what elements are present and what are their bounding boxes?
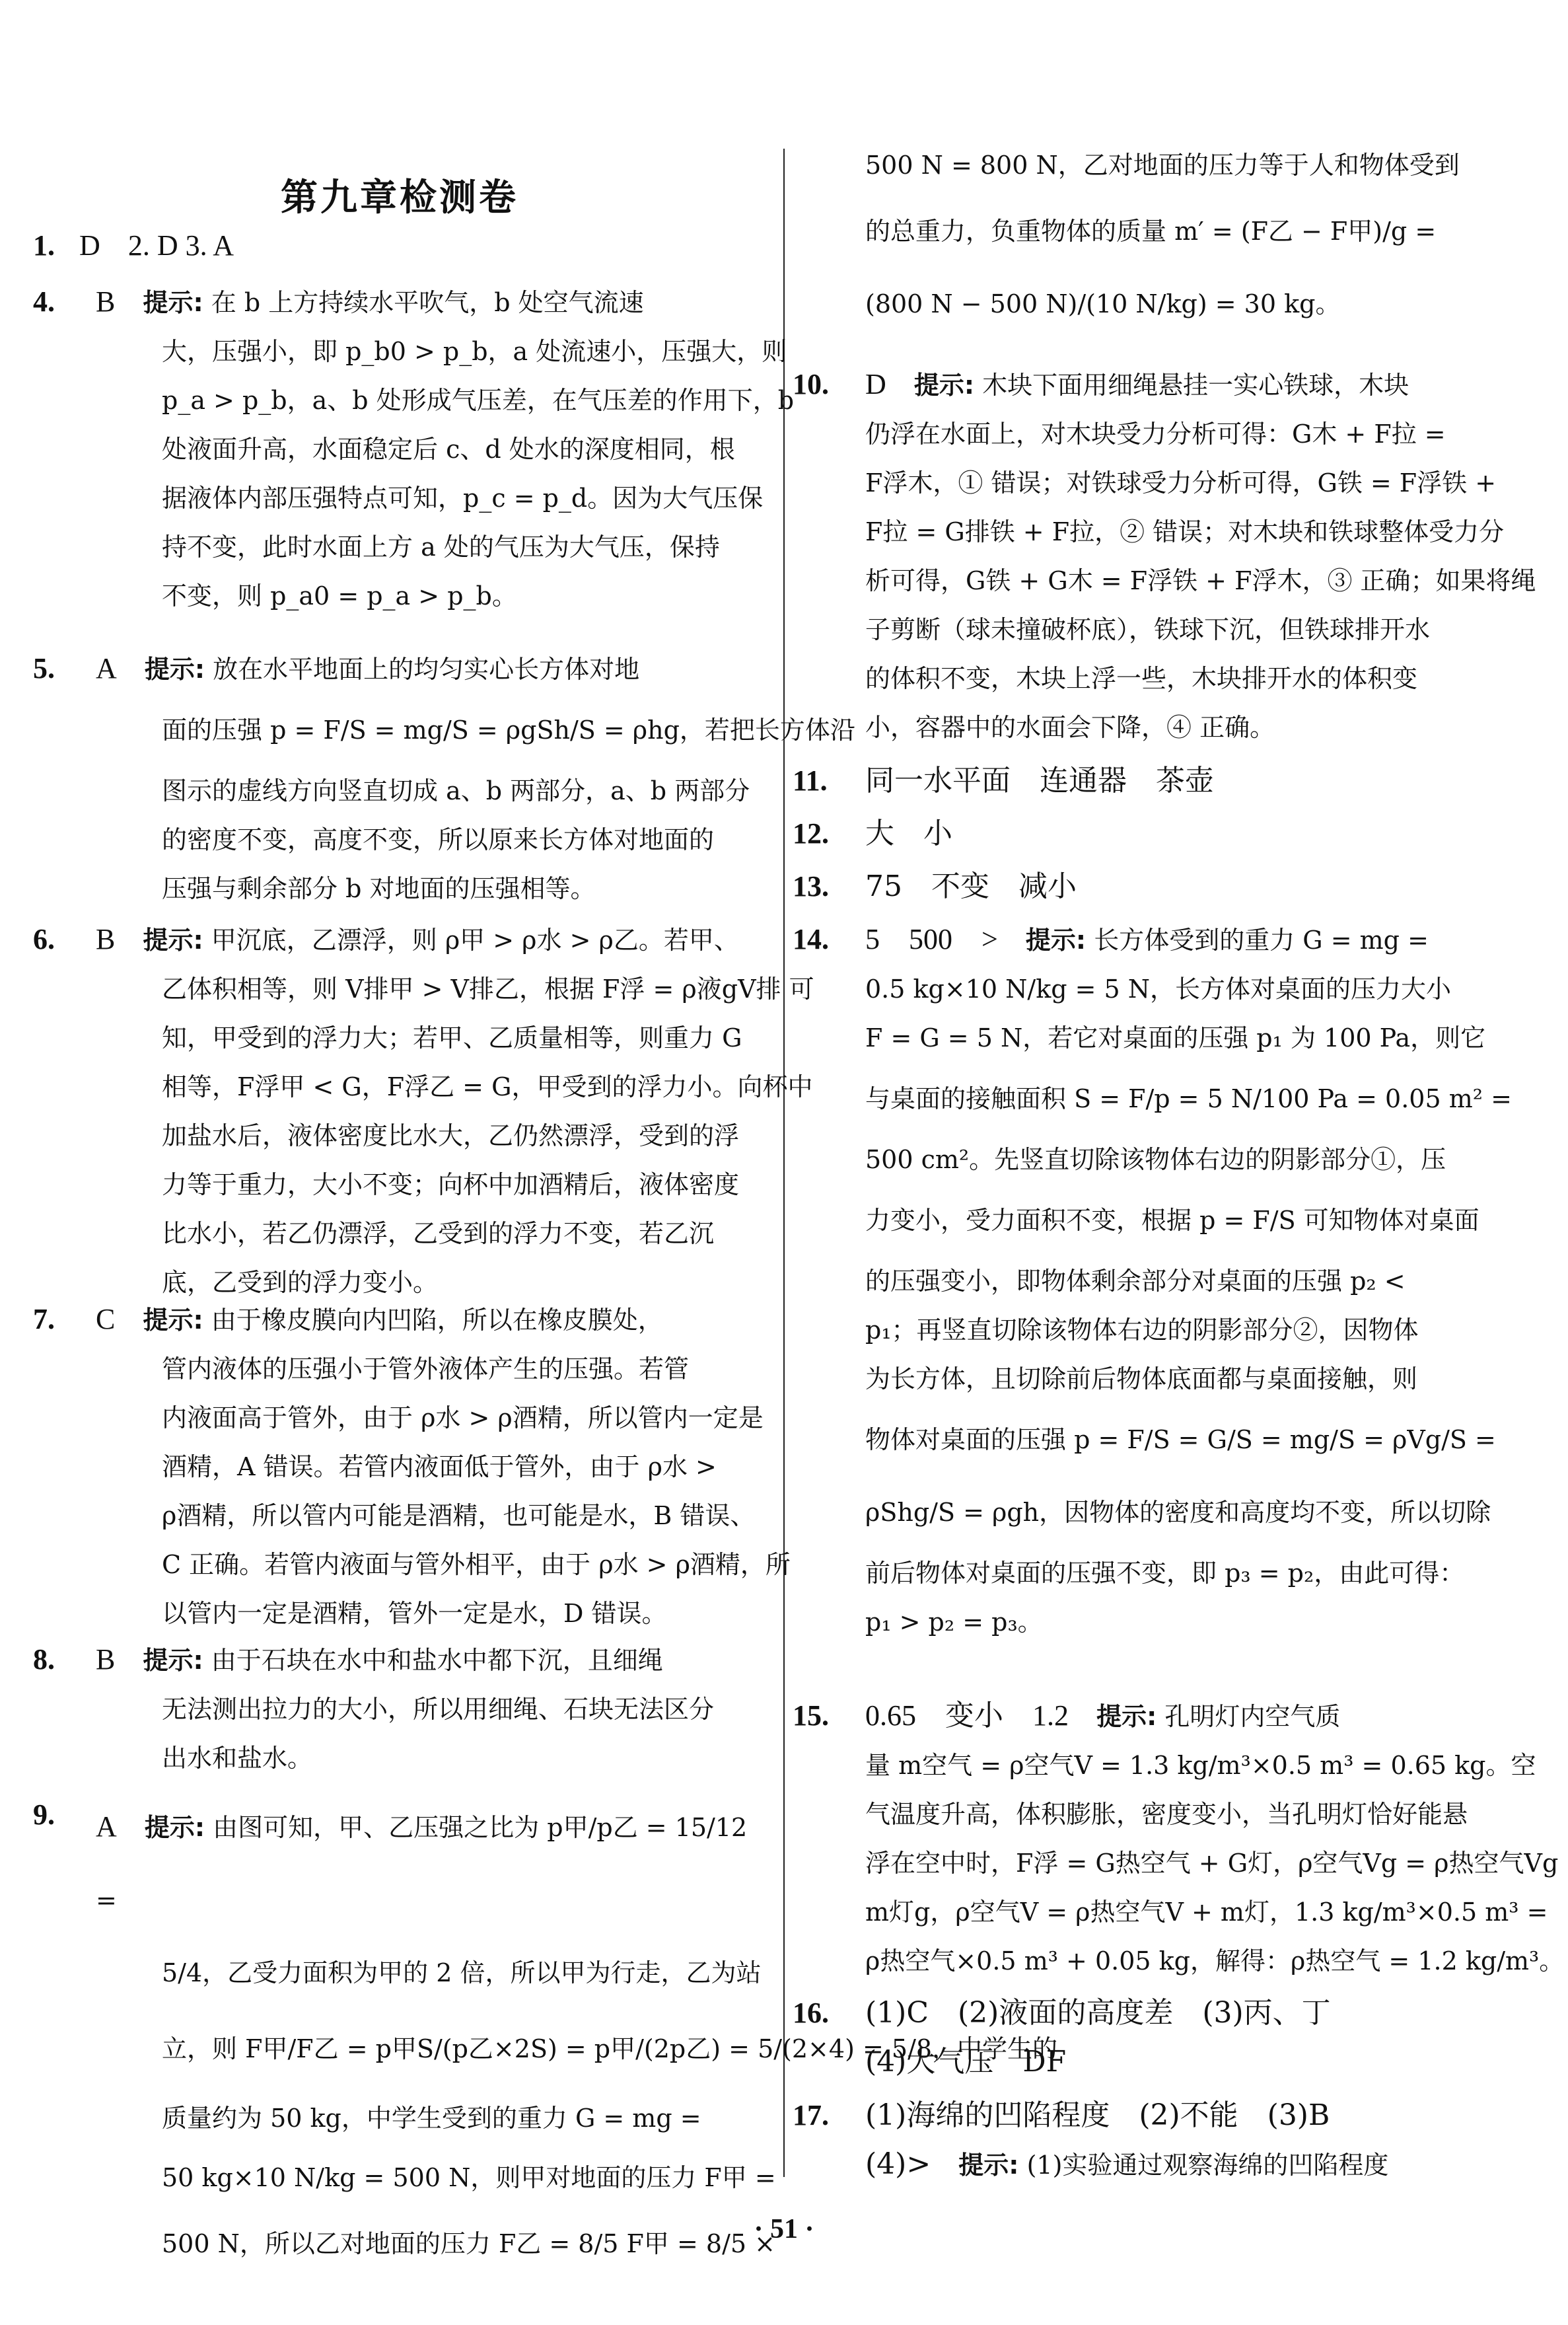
item-number: 8.: [33, 1635, 55, 1684]
hint-line: 压强与剩余部分 b 对地面的压强相等。: [162, 864, 766, 913]
item-number: 16.: [793, 1989, 829, 2038]
hint-line: 相等，F浮甲 < G，F浮乙 = G，甲受到的浮力小。向杯中: [162, 1062, 766, 1111]
item-answer: B: [96, 923, 115, 955]
hint-label: 提示:: [914, 371, 974, 400]
fill-answer: (4)>: [865, 2147, 931, 2181]
answer-item-5: 5. A 提示: 放在水平地面上的均匀实心长方体对地 面的压强 p = F/S …: [33, 644, 766, 913]
fill-answer: (1)C (2)液面的高度差 (3)丙、丁: [865, 1989, 1493, 2038]
fill-answer: (4)大气压 DF: [865, 2038, 1493, 2086]
hint-line-formula: ρShg/S = ρgh，因物体的密度和高度均不变，所以切除: [865, 1476, 1493, 1549]
answer-item-14: 14. 5 500 > 提示: 长方体受到的重力 G = mg = 0.5 kg…: [793, 915, 1493, 1646]
hint-line: 以管内一定是酒精，管外一定是水，D 错误。: [162, 1589, 766, 1638]
answer-item-10: 10. D 提示: 木块下面用细绳悬挂一实心铁球，木块 仍浮在水面上，对木块受力…: [793, 360, 1493, 752]
fill-answer: 同一水平面 连通器 茶壶: [865, 764, 1214, 797]
answer-item-9: 9. A 提示: 由图可知，甲、乙压强之比为 p甲/p乙 = 15/12 = 5…: [33, 1790, 766, 2280]
hint-line: 质量约为 50 kg，中学生受到的重力 G = mg =: [162, 2088, 766, 2148]
hint-line-formula: 与桌面的接触面积 S = F/p = 5 N/100 Pa = 0.05 m² …: [865, 1062, 1493, 1135]
hint-line: 放在水平地面上的均匀实心长方体对地: [213, 655, 639, 684]
hint-line: 乙体积相等，则 V排甲 > V排乙，根据 F浮 = ρ液gV排 可: [162, 965, 766, 1014]
hint-line: 力等于重力，大小不变；向杯中加酒精后，液体密度: [162, 1160, 766, 1209]
hint-line: 无法测出拉力的大小，所以用细绳、石块无法区分: [162, 1685, 766, 1734]
answer-key-page: 第九章检测卷 1. D 2. D 3. A 4. B 提示: 在 b 上方持续水…: [0, 0, 1568, 2325]
hint-label: 提示:: [958, 2151, 1018, 2180]
hint-line: m灯g，ρ空气V = ρ热空气V + m灯，1.3 kg/m³×0.5 m³ =: [865, 1888, 1493, 1937]
hint-line-formula: 面的压强 p = F/S = mg/S = ρgSh/S = ρhg，若把长方体…: [162, 694, 766, 766]
hint-line: (1)实验通过观察海绵的凹陷程度: [1027, 2151, 1389, 2180]
hint-line: 子剪断（球未撞破杯底），铁球下沉，但铁球排开水: [865, 605, 1493, 654]
hint-line: 500 cm²。先竖直切除该物体右边的阴影部分①，压: [865, 1135, 1493, 1184]
answer-item-13: 13. 75 不变 减小: [793, 862, 1493, 912]
item-answer: C: [96, 1303, 115, 1335]
item-number: 1.: [33, 221, 55, 270]
hint-label: 提示:: [145, 655, 205, 684]
item-number: 9.: [33, 1790, 55, 1839]
hint-line: C 正确。若管内液面与管外相平，由于 ρ水 > ρ酒精，所: [162, 1540, 766, 1589]
hint-line: 酒精，A 错误。若管内液面低于管外，由于 ρ水 >: [162, 1442, 766, 1491]
hint-line: 的密度不变，高度不变，所以原来长方体对地面的: [162, 815, 766, 864]
hint-label: 提示:: [143, 1646, 203, 1675]
hint-line: 仍浮在水面上，对木块受力分析可得：G木 + F拉 =: [865, 410, 1493, 459]
hint-line: 不变，则 p_a0 = p_a > p_b。: [162, 572, 766, 620]
item-answer: D: [79, 229, 100, 262]
item-number: 4.: [33, 277, 55, 326]
hint-line: F浮木，① 错误；对铁球受力分析可得，G铁 = F浮铁 +: [865, 459, 1493, 507]
hint-line: 50 kg×10 N/kg = 500 N，则甲对地面的压力 F甲 =: [162, 2148, 766, 2207]
item-answer: A: [96, 1810, 117, 1843]
item-answers-extra: 2. D 3. A: [128, 229, 234, 262]
hint-label: 提示:: [1026, 926, 1086, 955]
item-number: 13.: [793, 862, 829, 911]
hint-line-formula: 力变小，受力面积不变，根据 p = F/S 可知物体对桌面: [865, 1184, 1493, 1257]
item-number: 10.: [793, 360, 829, 409]
item-number: 11.: [793, 757, 828, 805]
answer-item-8: 8. B 提示: 由于石块在水中和盐水中都下沉，且细绳 无法测出拉力的大小，所以…: [33, 1635, 766, 1783]
hint-line: ρ热空气×0.5 m³ + 0.05 kg，解得：ρ热空气 = 1.2 kg/m…: [865, 1937, 1493, 1985]
hint-line: 大，压强小，即 p_b0 > p_b，a 处流速小，压强大，则: [162, 327, 766, 376]
hint-line: 为长方体，且切除前后物体底面都与桌面接触，则: [865, 1354, 1493, 1403]
item-number: 6.: [33, 915, 55, 964]
item-number: 15.: [793, 1691, 829, 1740]
page-number: · 51 ·: [0, 2213, 1568, 2245]
hint-line: 处液面升高，水面稳定后 c、d 处水的深度相同，根: [162, 425, 766, 474]
hint-line: 气温度升高，体积膨胀，密度变小，当孔明灯恰好能悬: [865, 1790, 1493, 1839]
hint-line: 500 N = 800 N，乙对地面的压力等于人和物体受到: [865, 135, 1493, 195]
hint-line: 内液面高于管外，由于 ρ水 > ρ酒精，所以管内一定是: [162, 1393, 766, 1442]
page-title: 第九章检测卷: [33, 168, 766, 221]
answer-item-15: 15. 0.65 变小 1.2 提示: 孔明灯内空气质 量 m空气 = ρ空气V…: [793, 1691, 1493, 1985]
item-answer: B: [96, 285, 115, 318]
answer-item-7: 7. C 提示: 由于橡皮膜向内凹陷，所以在橡皮膜处， 管内液体的压强小于管外液…: [33, 1295, 766, 1638]
item-number: 17.: [793, 2091, 829, 2140]
answer-item-1-3: 1. D 2. D 3. A: [33, 221, 766, 271]
hint-line: 据液体内部压强特点可知，p_c = p_d。因为大气压保: [162, 474, 766, 523]
item-number: 7.: [33, 1295, 55, 1344]
item-number: 12.: [793, 809, 829, 858]
answer-item-16: 16. (1)C (2)液面的高度差 (3)丙、丁 (4)大气压 DF: [793, 1989, 1493, 2086]
hint-line: 在 b 上方持续水平吹气，b 处空气流速: [211, 288, 644, 317]
hint-line: ρ酒精，所以管内可能是酒精，也可能是水，B 错误、: [162, 1491, 766, 1540]
hint-line: p_a > p_b，a、b 处形成气压差，在气压差的作用下，b: [162, 376, 766, 425]
item-answer: 5 500 >: [865, 923, 998, 955]
hint-label: 提示:: [143, 288, 203, 317]
hint-line: 甲沉底，乙漂浮，则 ρ甲 > ρ水 > ρ乙。若甲、: [211, 926, 739, 955]
item-number: 14.: [793, 915, 829, 964]
hint-line-formula: 物体对桌面的压强 p = F/S = G/S = mg/S = ρVg/S =: [865, 1403, 1493, 1476]
hint-line: p₁；再竖直切除该物体右边的阴影部分②，因物体: [865, 1306, 1493, 1354]
hint-line: 前后物体对桌面的压强不变，即 p₃ = p₂，由此可得：: [865, 1549, 1493, 1598]
hint-line: 图示的虚线方向竖直切成 a、b 两部分，a、b 两部分: [162, 766, 766, 815]
hint-line: p₁ > p₂ = p₃。: [865, 1598, 1493, 1646]
fill-answer: (1)海绵的凹陷程度 (2)不能 (3)B: [865, 2091, 1493, 2140]
fill-answer: 75 不变 减小: [865, 869, 1077, 903]
answer-item-12: 12. 大 小: [793, 809, 1493, 859]
hint-label: 提示:: [1096, 1702, 1157, 1731]
hint-line: 比水小，若乙仍漂浮，乙受到的浮力不变，若乙沉: [162, 1209, 766, 1258]
answer-item-11: 11. 同一水平面 连通器 茶壶: [793, 757, 1493, 806]
hint-line: 孔明灯内空气质: [1164, 1702, 1340, 1731]
hint-line: 由于石块在水中和盐水中都下沉，且细绳: [211, 1646, 663, 1675]
answer-item-17: 17. (1)海绵的凹陷程度 (2)不能 (3)B (4)> 提示: (1)实验…: [793, 2091, 1493, 2190]
item-answer: D: [865, 368, 886, 400]
hint-line: 由于橡皮膜向内凹陷，所以在橡皮膜处，: [211, 1306, 663, 1335]
column-divider: [783, 149, 785, 2177]
answer-item-6: 6. B 提示: 甲沉底，乙漂浮，则 ρ甲 > ρ水 > ρ乙。若甲、 乙体积相…: [33, 915, 766, 1307]
hint-line: 析可得，G铁 + G木 = F浮铁 + F浮木，③ 正确；如果将绳: [865, 556, 1493, 605]
hint-line: 的体积不变，木块上浮一些，木块排开水的体积变: [865, 654, 1493, 703]
hint-line: F拉 = G排铁 + F拉，② 错误；对木块和铁球整体受力分: [865, 507, 1493, 556]
item-answer: B: [96, 1643, 115, 1676]
hint-line: 加盐水后，液体密度比水大，乙仍然漂浮，受到的浮: [162, 1111, 766, 1160]
item-answer: 0.65 变小 1.2: [865, 1699, 1069, 1732]
hint-label: 提示:: [143, 1306, 203, 1335]
hint-line: 0.5 kg×10 N/kg = 5 N，长方体对桌面的压力大小: [865, 965, 1493, 1014]
hint-label: 提示:: [145, 1813, 205, 1842]
hint-line: 木块下面用细绳悬挂一实心铁球，木块: [982, 371, 1409, 400]
hint-line-formula: 5/4，乙受力面积为甲的 2 倍，所以甲为行走，乙为站: [162, 1937, 766, 2009]
hint-line: F = G = 5 N，若它对桌面的压强 p₁ 为 100 Pa，则它: [865, 1014, 1493, 1062]
hint-label: 提示:: [143, 926, 203, 955]
hint-line: 管内液体的压强小于管外液体产生的压强。若管: [162, 1345, 766, 1393]
item-answer: A: [96, 652, 117, 684]
hint-line: 知，甲受到的浮力大；若甲、乙质量相等，则重力 G: [162, 1014, 766, 1062]
answer-item-4: 4. B 提示: 在 b 上方持续水平吹气，b 处空气流速 大，压强小，即 p_…: [33, 277, 766, 620]
fill-answer: 大 小: [865, 817, 952, 850]
hint-line-formula: 立，则 F甲/F乙 = p甲S/(p乙×2S) = p甲/(2p乙) = 5/(…: [162, 2009, 766, 2088]
hint-line-formula: (800 N − 500 N)/(10 N/kg) = 30 kg。: [865, 268, 1493, 340]
hint-line-formula: 的总重力，负重物体的质量 m′ = (F乙 − F甲)/g =: [865, 195, 1493, 268]
hint-line: 小，容器中的水面会下降，④ 正确。: [865, 703, 1493, 752]
hint-line: 出水和盐水。: [162, 1734, 766, 1783]
hint-line: 持不变，此时水面上方 a 处的气压为大气压，保持: [162, 523, 766, 572]
hint-line: 浮在空中时，F浮 = G热空气 + G灯，ρ空气Vg = ρ热空气Vg +: [865, 1839, 1493, 1888]
hint-line: 的压强变小，即物体剩余部分对桌面的压强 p₂ <: [865, 1257, 1493, 1306]
hint-line: 量 m空气 = ρ空气V = 1.3 kg/m³×0.5 m³ = 0.65 k…: [865, 1741, 1493, 1790]
item-number: 5.: [33, 644, 55, 693]
hint-line: 长方体受到的重力 G = mg =: [1094, 926, 1429, 955]
answer-item-9-continued: 500 N = 800 N，乙对地面的压力等于人和物体受到 的总重力，负重物体的…: [793, 135, 1493, 340]
